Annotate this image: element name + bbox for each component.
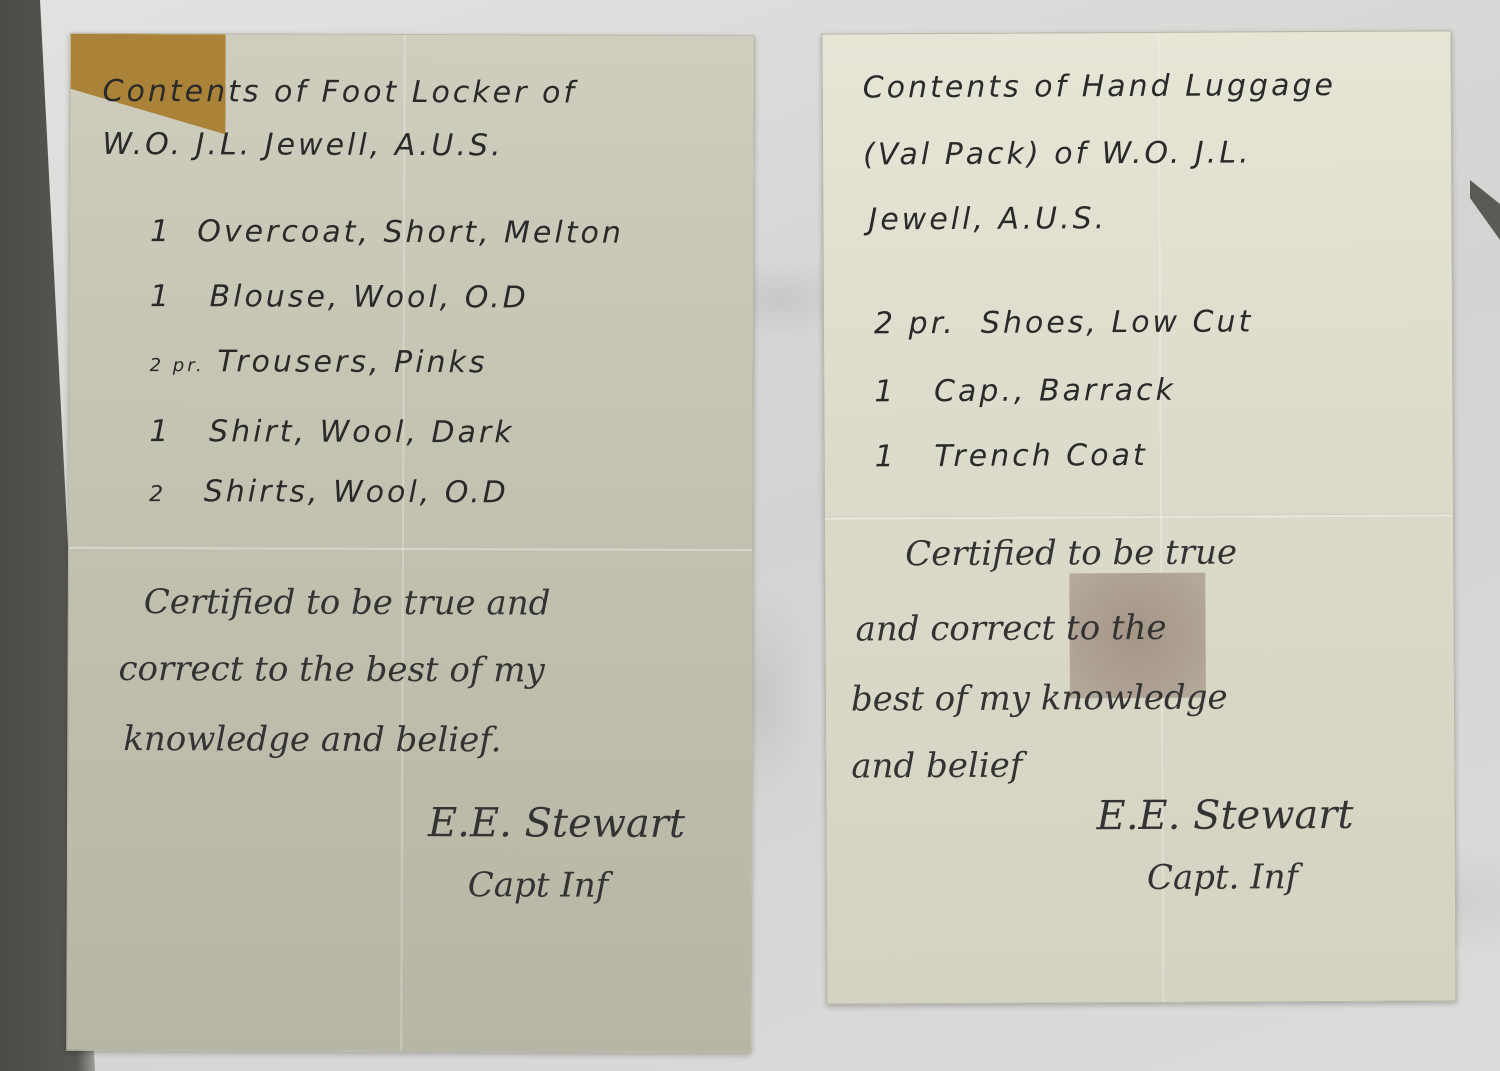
item-text: Blouse, Wool, O.D <box>210 279 529 315</box>
item-qty: 2 pr. <box>874 306 956 341</box>
heading-line-2: (Val Pack) of W.O. J.L. <box>863 135 1252 172</box>
certification-line-1: Certified to be true <box>905 532 1237 574</box>
fold-line <box>825 513 1453 519</box>
certification-line-2: and correct to the <box>855 608 1166 650</box>
signature-title: Capt Inf <box>468 865 609 905</box>
signature: E.E. Stewart <box>428 800 685 847</box>
item-row: 2 Shirts, Wool, O.D <box>149 474 509 510</box>
item-text: Shirt, Wool, Dark <box>209 414 515 450</box>
item-text: Trench Coat <box>934 438 1147 474</box>
item-qty: 1 <box>149 414 171 449</box>
certification-line-3: knowledge and belief. <box>123 719 501 760</box>
foot-locker-sheet: Contents of Foot Locker of W.O. J.L. Jew… <box>66 33 755 1053</box>
item-row: 1 Trench Coat <box>875 438 1148 474</box>
item-qty: 2 pr. <box>150 355 205 376</box>
item-qty: 1 <box>874 374 896 409</box>
hand-luggage-sheet: Contents of Hand Luggage (Val Pack) of W… <box>821 30 1456 1004</box>
heading-line-2: W.O. J.L. Jewell, A.U.S. <box>102 127 503 163</box>
item-text: Shirts, Wool, O.D <box>204 474 509 510</box>
item-qty: 1 <box>150 279 172 314</box>
item-row: 1 Blouse, Wool, O.D <box>150 279 529 315</box>
item-text: Shoes, Low Cut <box>981 304 1254 340</box>
heading-line-1: Contents of Hand Luggage <box>863 68 1336 105</box>
item-row: 1 Overcoat, Short, Melton <box>150 214 624 251</box>
item-row: 2 pr. Shoes, Low Cut <box>874 304 1253 341</box>
item-text: Overcoat, Short, Melton <box>197 214 624 250</box>
item-row: 1 Shirt, Wool, Dark <box>149 414 514 450</box>
item-qty: 1 <box>150 214 172 249</box>
signature: E.E. Stewart <box>1096 792 1353 839</box>
item-qty: 1 <box>875 439 897 474</box>
fold-line <box>400 35 406 1051</box>
item-text: Cap., Barrack <box>934 373 1176 409</box>
fold-line <box>69 546 752 551</box>
certification-line-2: correct to the best of my <box>118 649 544 690</box>
heading-line-1: Contents of Foot Locker of <box>103 74 577 111</box>
signature-title: Capt. Inf <box>1147 857 1298 898</box>
certification-line-4: and belief <box>851 746 1022 787</box>
item-row: 2 pr. Trousers, Pinks <box>150 344 488 380</box>
item-text: Trousers, Pinks <box>217 344 487 380</box>
item-row: 1 Cap., Barrack <box>874 373 1176 410</box>
heading-line-3: Jewell, A.U.S. <box>868 201 1107 237</box>
certification-line-1: Certified to be true and <box>144 582 551 623</box>
item-qty: 2 <box>149 482 166 507</box>
certification-line-3: best of my knowledge <box>851 678 1228 720</box>
